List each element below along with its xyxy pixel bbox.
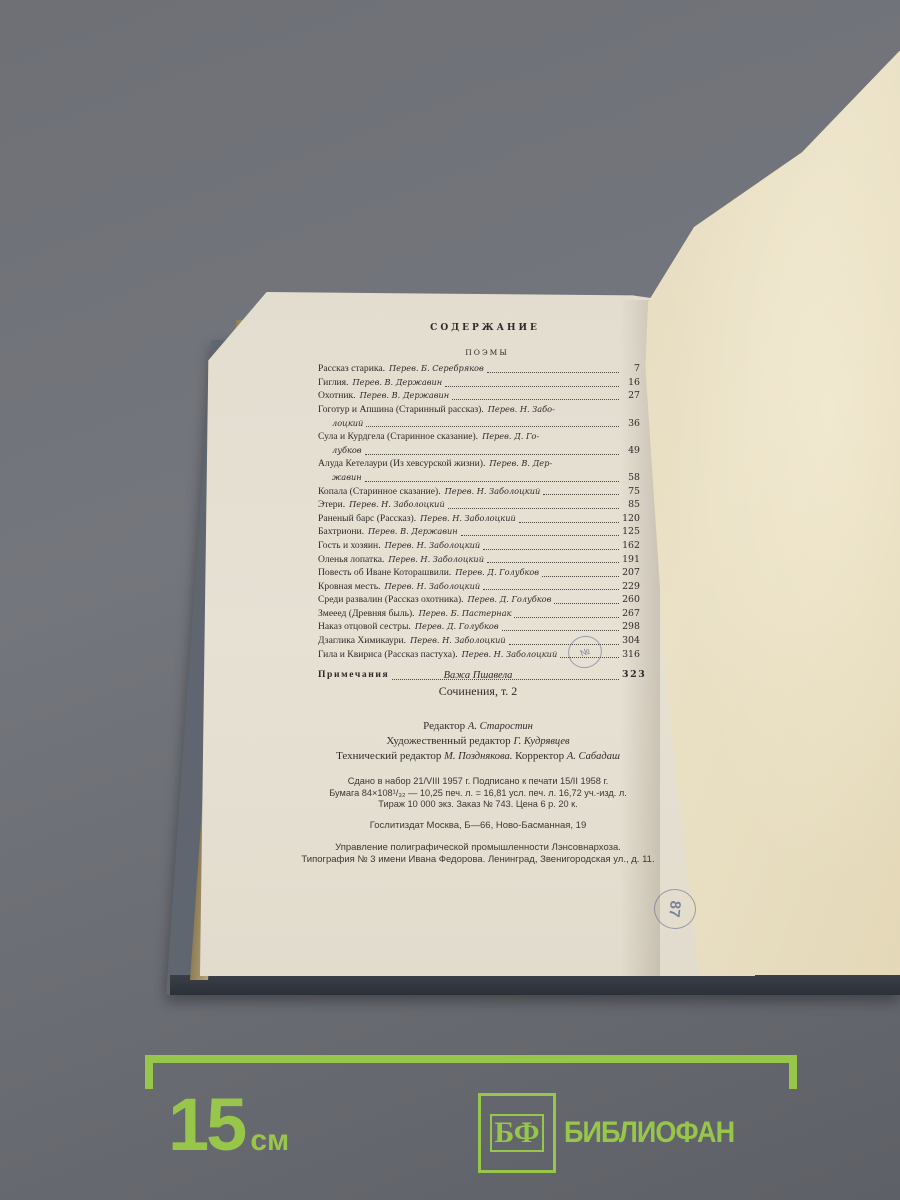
toc-entry-translator: Перев. Н. Заболоцкий [385,580,481,593]
toc-entry-page: 27 [622,390,640,403]
toc-entry: Бахтриони.Перев. В. Державин125 [318,525,640,539]
toc-entry-title: Сула и Курдгела (Старинное сказание). [318,431,478,444]
toc-entry: Рассказ старика.Перев. Б. Серебряков7 [318,362,640,376]
toc-entry: Змееед (Древняя быль).Перев. Б. Пастерна… [318,607,640,621]
printer-details: Управление полиграфической промышленност… [278,842,678,866]
toc-entry-title: Кровная месть. [318,581,381,594]
toc-entry-page: 229 [622,581,640,594]
toc-entry-translator: Перев. В. Державин [368,525,458,538]
toc-entry-translator: Перев. Д. Голубков [468,593,552,606]
toc-entry-title: Оленья лопатка. [318,554,384,567]
toc-leader-dots [445,385,619,387]
toc-entry-translator: Перев. Д. Го- [482,430,539,443]
size-number: 15 [168,1083,244,1166]
toc-entry-page: 267 [622,608,640,621]
toc-entry-page: 49 [622,445,640,458]
colophon-book-title: Сочинения, т. 2 [278,684,678,699]
toc-leader-dots [509,643,619,645]
toc-leader-dots [366,425,619,427]
size-unit: см [250,1124,289,1157]
tech-editor-line: Технический редактор М. Позднякова. Корр… [278,749,678,764]
publisher-line: Гослитиздат Москва, Б—66, Ново-Басманная… [278,820,678,831]
toc-entry-translator: Перев. Н. Забо- [488,403,555,416]
toc-entry-page: 58 [622,472,640,485]
toc-entry-translator: Перев. Н. Заболоцкий [349,498,445,511]
toc-list: Рассказ старика.Перев. Б. Серебряков7Гиг… [318,362,640,661]
toc-leader-dots [554,602,619,604]
toc-entry: Гоготур и Апшина (Старинный рассказ).Пер… [318,403,640,430]
toc-entry-title: Гость и хозяин. [318,540,381,553]
toc-leader-dots [452,398,619,400]
toc-leader-dots [487,371,619,373]
toc-entry-page: 304 [622,635,640,648]
toc-entry-title: Дзаглика Химикаури. [318,635,406,648]
toc-entry-page: 162 [622,540,640,553]
toc-leader-dots [365,453,619,455]
toc-entry-page: 7 [622,363,640,376]
toc-entry-title: Копала (Старинное сказание). [318,486,441,499]
toc-entry-translator: Перев. Н. Заболоцкий [388,553,484,566]
toc-entry-page: 316 [622,649,640,662]
editor-line: Редактор А. Старостин [278,719,678,734]
toc-leader-dots [502,629,619,631]
toc-leader-dots [461,534,619,536]
toc-leader-dots [365,480,619,482]
toc-entry-page: 125 [622,526,640,539]
toc-entry: Гость и хозяин.Перев. Н. Заболоцкий162 [318,539,640,553]
toc-entry-translator-cont: лоцкий [332,417,363,430]
toc-entry-page: 16 [622,377,640,390]
toc-entry: Наказ отцовой сестры.Перев. Д. Голубков2… [318,620,640,634]
logo-monogram: БФ [490,1114,543,1152]
toc-entry: Оленья лопатка.Перев. Н. Заболоцкий191 [318,553,640,567]
toc-entry-title: Гиглия. [318,377,349,390]
toc-entry: Кровная месть.Перев. Н. Заболоцкий229 [318,580,640,594]
toc-entry-translator: Перев. Д. Голубков [455,566,539,579]
toc-entry-translator: Перев. В. Державин [360,389,450,402]
toc-entry: Этери.Перев. Н. Заболоцкий85 [318,498,640,512]
logo-name: БИБЛИОФАН [564,1116,734,1150]
toc-leader-dots [448,507,619,509]
toc-entry-title: Змееед (Древняя быль). [318,608,415,621]
toc-entry-translator: Перев. Б. Серебряков [389,362,484,375]
toc-entry-translator: Перев. Н. Заболоцкий [420,512,516,525]
toc-entry-title: Этери. [318,499,345,512]
toc-entry: Охотник.Перев. В. Державин27 [318,389,640,403]
toc-entry-title: Гоготур и Апшина (Старинный рассказ). [318,404,484,417]
toc-entry-title: Гила и Квириса (Рассказ пастуха). [318,649,458,662]
art-editor-line: Художественный редактор Г. Кудрявцев [278,734,678,749]
toc-entry-page: 207 [622,567,640,580]
toc-leader-dots [519,521,619,523]
toc-entry-translator: Перев. В. Державин [353,376,443,389]
toc-entry-translator-cont: жавин [332,471,362,484]
toc-entry: Среди развалин (Рассказ охотника).Перев.… [318,593,640,607]
toc-entry-translator: Перев. Н. Заболоцкий [445,485,541,498]
toc-entry: Сула и Курдгела (Старинное сказание).Пер… [318,430,640,457]
ruler-tick-right [789,1055,797,1089]
toc-entry: Копала (Старинное сказание).Перев. Н. За… [318,485,640,499]
ruler-bar [145,1055,797,1063]
toc-entry-title: Наказ отцовой сестры. [318,621,411,634]
toc-entry: Гиглия.Перев. В. Державин16 [318,376,640,390]
toc-entry-translator: Перев. Н. Заболоцкий [410,634,506,647]
colophon-editors: Редактор А. Старостин Художественный ред… [278,719,678,764]
toc-leader-dots [483,548,619,550]
toc-entry-title: Повесть об Иване Которашвили. [318,567,451,580]
toc-entry-page: 120 [622,513,640,526]
toc-entry-page: 260 [622,594,640,607]
book-cover-edge [170,975,900,995]
table-of-contents: СОДЕРЖАНИЕ ПОЭМЫ Рассказ старика.Перев. … [318,322,640,682]
colophon-author: Важа Пшавела [278,670,678,681]
toc-section-heading: ПОЭМЫ [334,347,640,360]
toc-leader-dots [483,588,619,590]
toc-entry-translator: Перев. Н. Заболоцкий [462,648,558,661]
toc-entry-title: Среди развалин (Рассказ охотника). [318,594,464,607]
toc-entry-page: 36 [622,418,640,431]
toc-entry-page: 298 [622,621,640,634]
colophon: Важа Пшавела Сочинения, т. 2 Редактор А.… [278,670,678,866]
toc-entry-title: Раненый барс (Рассказ). [318,513,416,526]
toc-entry-page: 191 [622,554,640,567]
toc-entry: Повесть об Иване Которашвили.Перев. Д. Г… [318,566,640,580]
toc-entry-translator-cont: лубков [332,444,362,457]
open-book-icon: БФ [478,1093,556,1173]
toc-entry: Раненый барс (Рассказ).Перев. Н. Заболоц… [318,512,640,526]
toc-title: СОДЕРЖАНИЕ [330,322,640,335]
toc-entry-page: 75 [622,486,640,499]
toc-entry-title: Бахтриони. [318,526,364,539]
print-details: Сдано в набор 21/VIII 1957 г. Подписано … [278,776,678,811]
toc-entry-page: 85 [622,499,640,512]
toc-leader-dots [543,493,619,495]
toc-entry-translator: Перев. В. Дер- [489,457,552,470]
ruler-tick-left [145,1055,153,1089]
bibliofan-logo: БФ БИБЛИОФАН [478,1093,753,1173]
size-label: 15см [168,1080,289,1170]
toc-leader-dots [487,561,619,563]
toc-entry-title: Рассказ старика. [318,363,385,376]
photo-scene: СОДЕРЖАНИЕ ПОЭМЫ Рассказ старика.Перев. … [0,0,900,1200]
toc-leader-dots [542,575,619,577]
toc-entry-title: Охотник. [318,390,356,403]
toc-entry-translator: Перев. Б. Пастернак [419,607,512,620]
toc-entry-translator: Перев. Н. Заболоцкий [385,539,481,552]
toc-entry: Алуда Кетелаури (Из хевсурской жизни).Пе… [318,457,640,484]
toc-entry-title: Алуда Кетелаури (Из хевсурской жизни). [318,458,485,471]
toc-leader-dots [514,616,619,618]
toc-entry-translator: Перев. Д. Голубков [415,620,499,633]
